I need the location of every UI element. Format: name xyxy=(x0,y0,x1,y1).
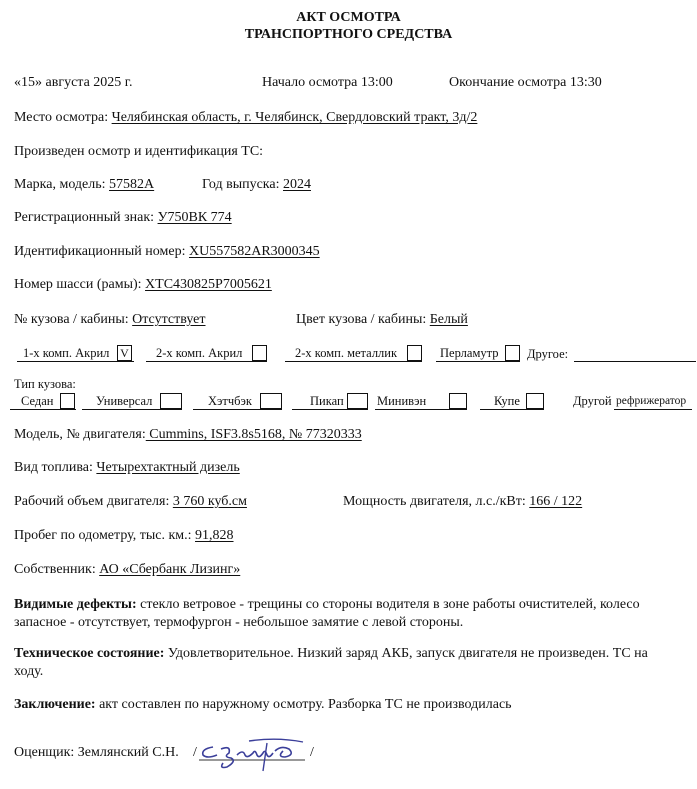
paint-option-2k-metallic[interactable]: 2-х комп. металлик xyxy=(285,343,422,362)
body-type-option-label: Купе xyxy=(494,394,520,408)
engine-label: Модель, № двигателя: xyxy=(14,427,146,442)
tech-state-label: Техническое состояние: xyxy=(14,646,164,661)
registration-sign: Регистрационный знак: У750ВК 774 xyxy=(14,210,232,226)
engine-displacement: Рабочий объем двигателя: 3 760 куб.см xyxy=(14,494,247,510)
paint-option-label: 2-х комп. металлик xyxy=(295,346,397,360)
paint-checkbox[interactable]: V xyxy=(117,345,132,361)
inspection-date: «15» августа 2025 г. xyxy=(14,75,132,91)
power-label: Мощность двигателя, л.с./кВт: xyxy=(343,494,529,509)
signature-image xyxy=(197,731,309,776)
body-type-checkbox[interactable] xyxy=(260,393,282,409)
mileage-value: 91,828 xyxy=(195,528,234,543)
body-type-option-label: Хэтчбэк xyxy=(208,394,252,408)
inspection-end-time: Окончание осмотра 13:30 xyxy=(449,75,602,91)
body-color: Цвет кузова / кабины: Белый xyxy=(296,312,468,328)
place-label: Место осмотра: xyxy=(14,110,112,125)
paint-option-2k-acrylic[interactable]: 2-х комп. Акрил xyxy=(146,343,267,362)
inspection-start-time: Начало осмотра 13:00 xyxy=(262,75,393,91)
owner-value: АО «Сбербанк Лизинг» xyxy=(99,562,240,577)
reg-value: У750ВК 774 xyxy=(158,210,232,225)
paint-checkbox[interactable] xyxy=(252,345,267,361)
body-type-checkbox[interactable] xyxy=(60,393,75,409)
body-no-label: № кузова / кабины: xyxy=(14,312,132,327)
paint-option-label: 1-х комп. Акрил xyxy=(23,346,109,360)
paint-other-field[interactable] xyxy=(574,343,696,362)
visible-defects: Видимые дефекты: стекло ветровое - трещи… xyxy=(14,596,694,632)
document-title-line2: ТРАНСПОРТНОГО СРЕДСТВА xyxy=(0,26,697,43)
paint-other-label: Другое: xyxy=(527,346,568,362)
body-type-checkbox[interactable] xyxy=(347,393,368,409)
body-number: № кузова / кабины: Отсутствует xyxy=(14,312,206,328)
paint-option-label: Перламутр xyxy=(440,346,498,360)
technical-state: Техническое состояние: Удовлетворительно… xyxy=(14,645,674,681)
engine-power: Мощность двигателя, л.с./кВт: 166 / 122 xyxy=(343,494,582,510)
body-type-checkbox[interactable] xyxy=(526,393,544,409)
conclusion-text: акт составлен по наружному осмотру. Разб… xyxy=(96,697,512,712)
body-type-option-label: Седан xyxy=(21,394,53,408)
body-type-other-field[interactable]: рефрижератор xyxy=(614,391,692,410)
year-value: 2024 xyxy=(283,177,311,192)
make-label: Марка, модель: xyxy=(14,177,109,192)
vin-value: XU557582AR3000345 xyxy=(189,244,320,259)
reg-label: Регистрационный знак: xyxy=(14,210,158,225)
engine-model: Модель, № двигателя: Cummins, ISF3.8s516… xyxy=(14,427,362,443)
paint-checkbox[interactable] xyxy=(505,345,520,361)
fuel-value: Четырехтактный дизель xyxy=(96,460,239,475)
body-type-other-label: Другой xyxy=(573,393,612,409)
chassis-value: XTC430825P7005621 xyxy=(145,277,272,292)
vin-label: Идентификационный номер: xyxy=(14,244,189,259)
body-type-sedan[interactable]: Седан xyxy=(10,391,76,410)
displacement-value: 3 760 куб.см xyxy=(173,494,247,509)
body-type-pickup[interactable]: Пикап xyxy=(292,391,368,410)
body-type-wagon[interactable]: Универсал xyxy=(82,391,182,410)
signature-slash-close: / xyxy=(310,745,314,761)
paint-option-label: 2-х комп. Акрил xyxy=(156,346,242,360)
body-type-checkbox[interactable] xyxy=(449,393,467,409)
paint-checkbox[interactable] xyxy=(407,345,422,361)
engine-value: Cummins, ISF3.8s5168, № 77320333 xyxy=(146,427,362,442)
vin-number: Идентификационный номер: XU557582AR30003… xyxy=(14,244,320,260)
year-label: Год выпуска: xyxy=(202,177,283,192)
conclusion: Заключение: акт составлен по наружному о… xyxy=(14,696,694,714)
color-label: Цвет кузова / кабины: xyxy=(296,312,430,327)
owner-label: Собственник: xyxy=(14,562,99,577)
body-type-minivan[interactable]: Минивэн xyxy=(375,391,467,410)
body-type-other-value: рефрижератор xyxy=(616,394,686,408)
fuel-label: Вид топлива: xyxy=(14,460,96,475)
vehicle-owner: Собственник: АО «Сбербанк Лизинг» xyxy=(14,562,240,578)
fuel-type: Вид топлива: Четырехтактный дизель xyxy=(14,460,240,476)
mileage-label: Пробег по одометру, тыс. км.: xyxy=(14,528,195,543)
document-title-line1: АКТ ОСМОТРА xyxy=(0,9,697,26)
make-value: 57582A xyxy=(109,177,154,192)
body-no-value: Отсутствует xyxy=(132,312,205,327)
body-type-checkbox[interactable] xyxy=(160,393,182,409)
chassis-number: Номер шасси (рамы): XTC430825P7005621 xyxy=(14,277,272,293)
defects-label: Видимые дефекты: xyxy=(14,597,137,612)
power-value: 166 / 122 xyxy=(529,494,582,509)
intro-text: Произведен осмотр и идентификация ТС: xyxy=(14,144,263,160)
vehicle-make: Марка, модель: 57582A xyxy=(14,177,154,193)
chassis-label: Номер шасси (рамы): xyxy=(14,277,145,292)
body-type-option-label: Пикап xyxy=(310,394,344,408)
body-type-coupe[interactable]: Купе xyxy=(480,391,544,410)
displacement-label: Рабочий объем двигателя: xyxy=(14,494,173,509)
body-type-label: Тип кузова: xyxy=(14,376,76,392)
conclusion-label: Заключение: xyxy=(14,697,96,712)
body-type-option-label: Универсал xyxy=(96,394,152,408)
paint-option-1k-acrylic[interactable]: 1-х комп. Акрил V xyxy=(17,343,134,362)
inspection-place: Место осмотра: Челябинская область, г. Ч… xyxy=(14,110,477,126)
body-type-hatchback[interactable]: Хэтчбэк xyxy=(193,391,282,410)
body-type-option-label: Минивэн xyxy=(377,394,426,408)
place-value: Челябинская область, г. Челябинск, Сверд… xyxy=(112,110,478,125)
color-value: Белый xyxy=(430,312,468,327)
vehicle-year: Год выпуска: 2024 xyxy=(202,177,311,193)
paint-option-pearl[interactable]: Перламутр xyxy=(436,343,520,362)
odometer-mileage: Пробег по одометру, тыс. км.: 91,828 xyxy=(14,528,234,544)
appraiser-name: Оценщик: Землянский С.Н. xyxy=(14,745,179,761)
